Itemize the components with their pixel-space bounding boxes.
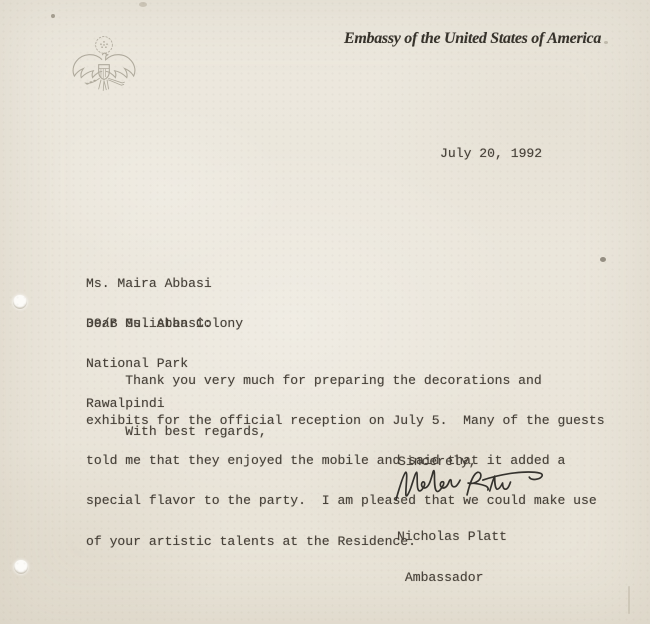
- paper-speck: [600, 257, 606, 262]
- paper-speck: [604, 41, 608, 44]
- paper-smudge: [139, 2, 147, 7]
- letterhead-title: Embassy of the United States of America: [344, 30, 601, 48]
- great-seal-icon: [66, 34, 142, 106]
- paper-scratch: [628, 586, 630, 614]
- body-paragraph: Thank you very much for preparing the de…: [86, 347, 605, 575]
- address-line: Ms. Maira Abbasi: [86, 277, 243, 290]
- body-line: Thank you very much for preparing the de…: [86, 374, 605, 387]
- date-line: July 20, 1992: [440, 147, 542, 160]
- hole-punch-bottom: [14, 560, 28, 574]
- letter-page: Embassy of the United States of America …: [0, 0, 650, 624]
- signature-block: Nicholas Platt Ambassador: [397, 503, 507, 611]
- salutation: Dear Ms. Abbasi:: [86, 317, 212, 330]
- hole-punch-top: [13, 295, 27, 309]
- body-line: of your artistic talents at the Residenc…: [86, 535, 605, 548]
- signer-title: Ambassador: [397, 571, 507, 585]
- paper-speck: [51, 14, 55, 18]
- signer-name: Nicholas Platt: [397, 530, 507, 544]
- closing-informal: With best regards,: [86, 425, 267, 438]
